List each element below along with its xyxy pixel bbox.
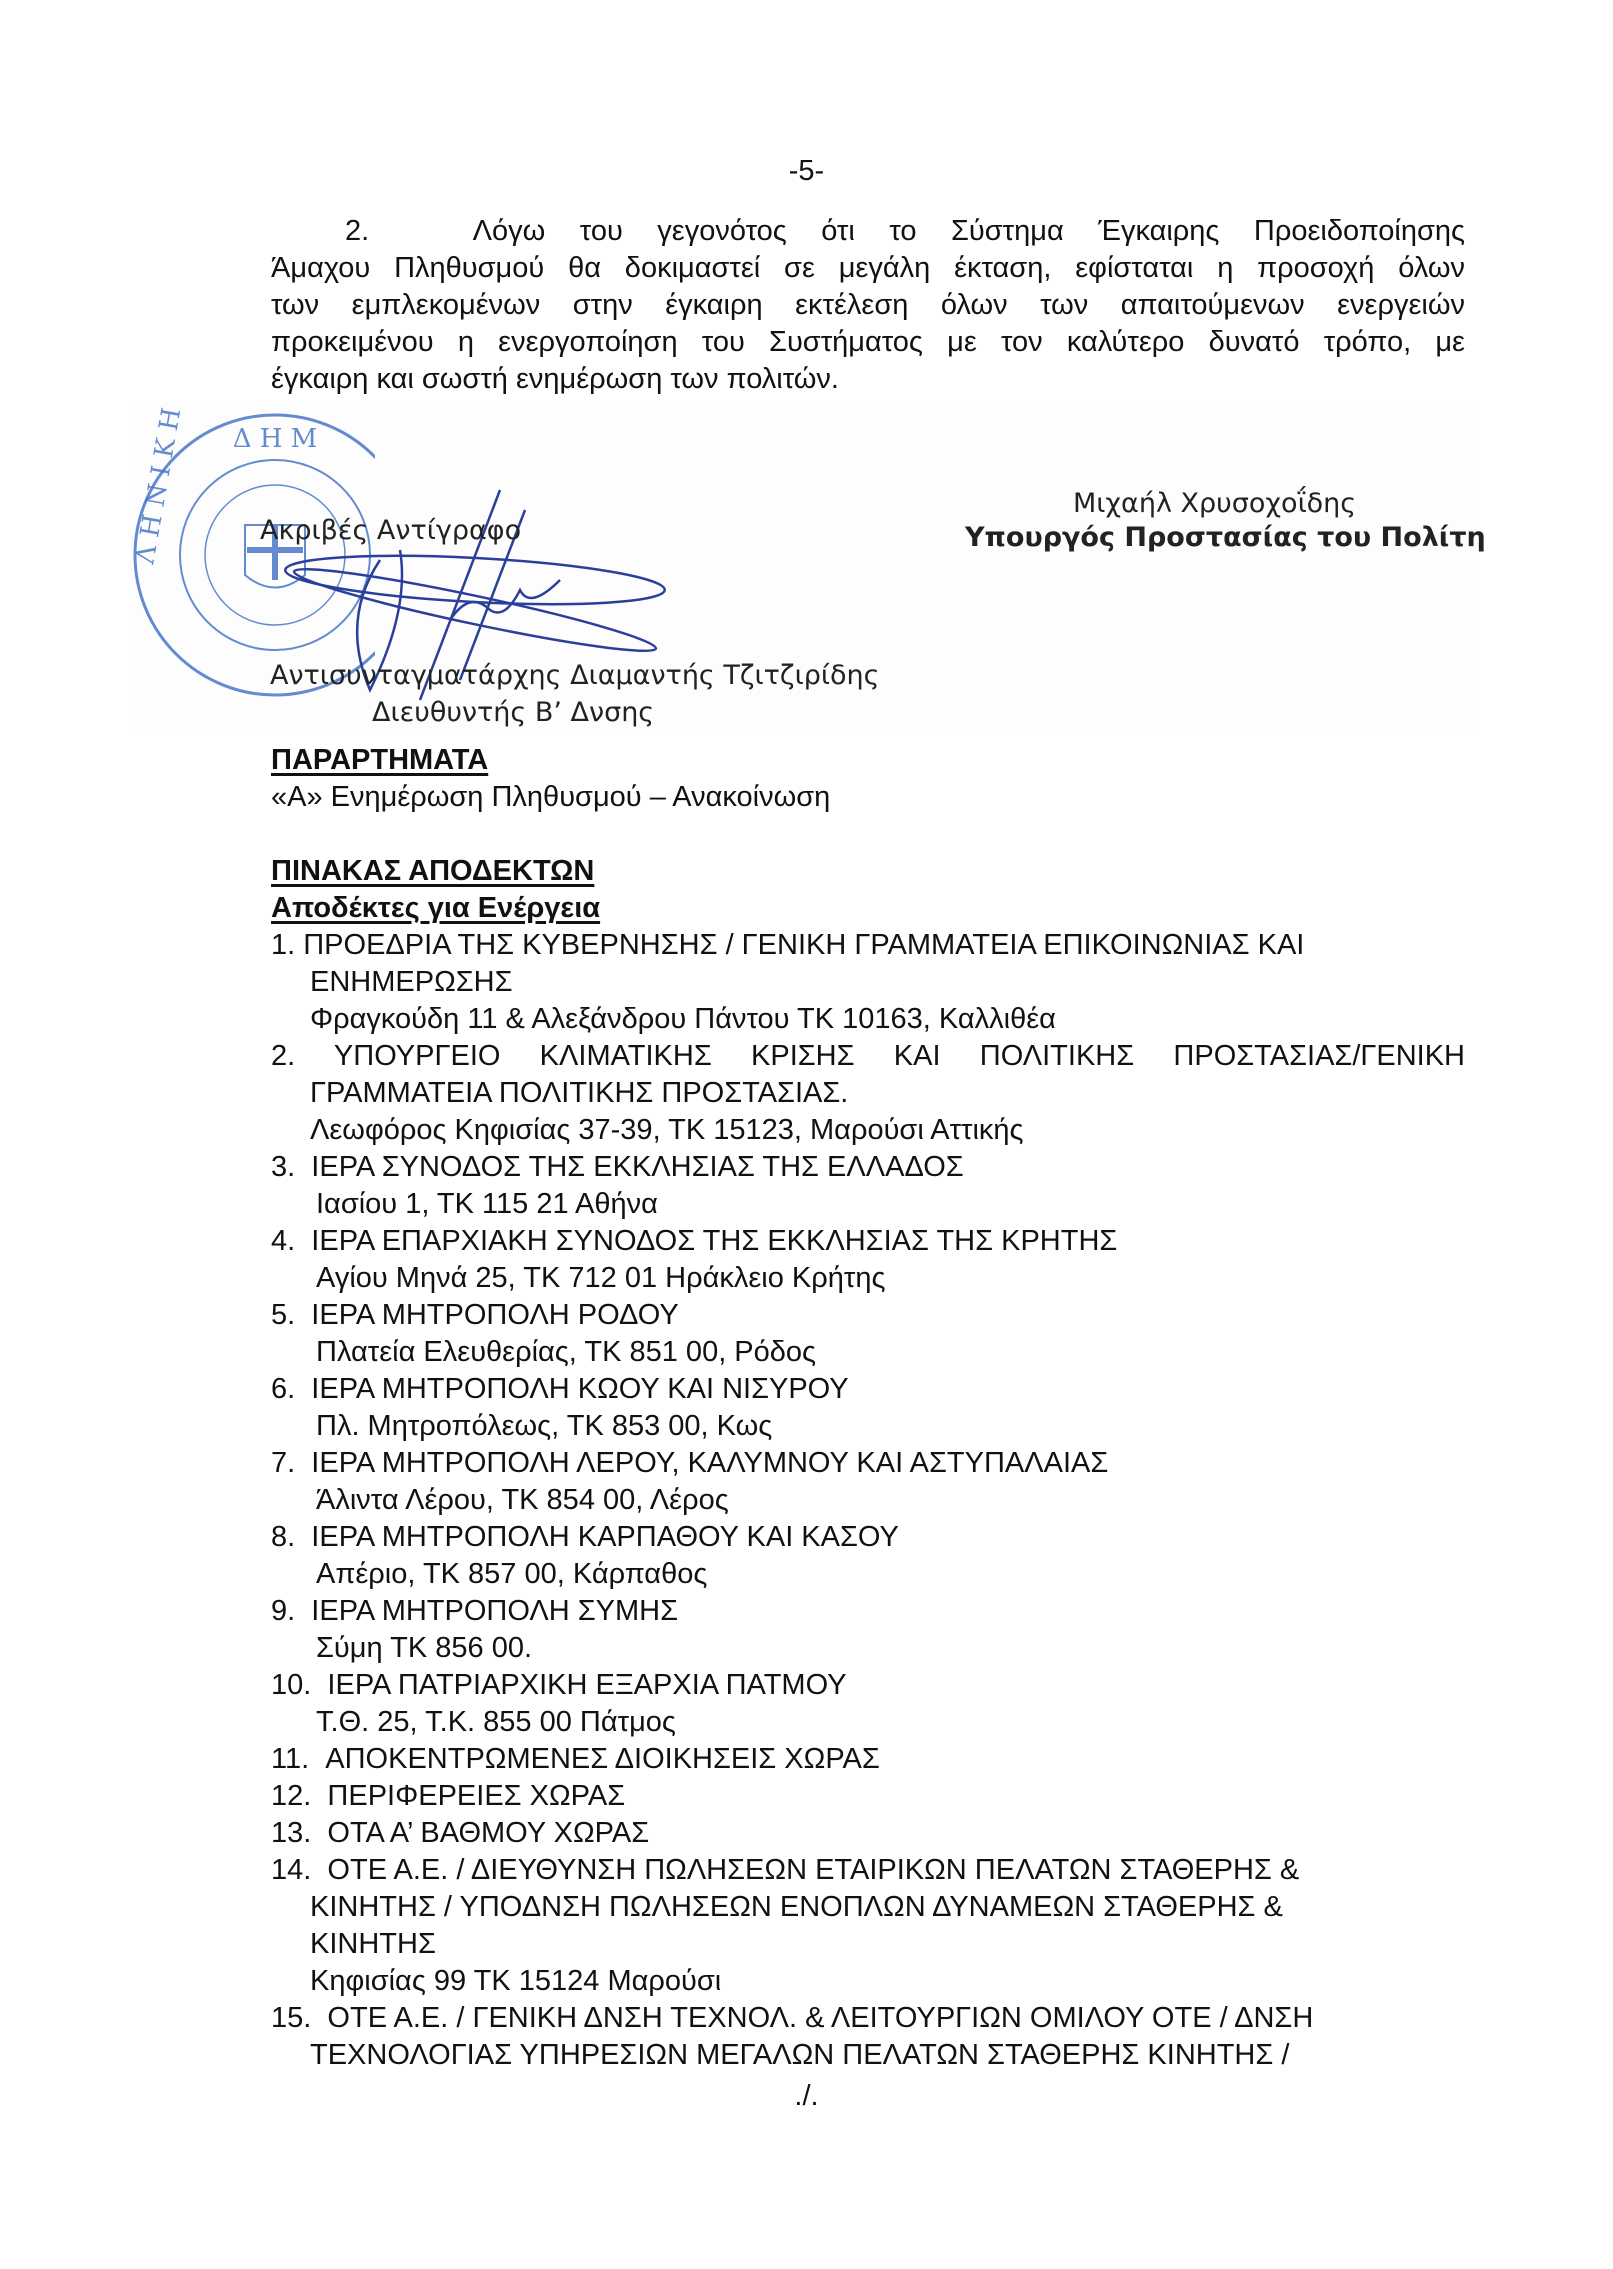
recipient-line: Φραγκούδη 11 & Αλεξάνδρου Πάντου ΤΚ 1016… [310,1001,1056,1038]
recipient-line: 8. ΙΕΡΑ ΜΗΤΡΟΠΟΛΗ ΚΑΡΠΑΘΟΥ ΚΑΙ ΚΑΣΟΥ [271,1519,899,1556]
paragraph-line: προκειμένου η ενεργοποίηση του Συστήματο… [271,324,1465,361]
paragraph-line: 2. Λόγω του γεγονότος ότι το Σύστημα Έγκ… [345,213,1465,250]
recipient-line: Πλατεία Ελευθερίας, ΤΚ 851 00, Ρόδος [316,1334,816,1371]
paragraph-line: Άμαχου Πληθυσμού θα δοκιμαστεί σε μεγάλη… [271,250,1465,287]
recipients-subheading: Αποδέκτες για Ενέργεια [271,890,600,927]
recipient-line: Σύμη ΤΚ 856 00. [316,1630,532,1667]
annex-item: «Α» Ενημέρωση Πληθυσμού – Ανακοίνωση [271,779,830,816]
svg-text:Λ Η Ν Ι Κ Η: Λ Η Ν Ι Κ Η [130,405,187,567]
recipient-line: 7. ΙΕΡΑ ΜΗΤΡΟΠΟΛΗ ΛΕΡΟΥ, ΚΑΛΥΜΝΟΥ ΚΑΙ ΑΣ… [271,1445,1108,1482]
recipient-line: ΓΡΑΜΜΑΤΕΙΑ ΠΟΛΙΤΙΚΗΣ ΠΡΟΣΤΑΣΙΑΣ. [310,1075,848,1112]
recipient-line: ΕΝΗΜΕΡΩΣΗΣ [310,964,513,1001]
recipient-line: 3. ΙΕΡΑ ΣΥΝΟΔΟΣ ΤΗΣ ΕΚΚΛΗΣΙΑΣ ΤΗΣ ΕΛΛΑΔΟ… [271,1149,964,1186]
recipient-line: Ιασίου 1, ΤΚ 115 21 Αθήνα [316,1186,658,1223]
recipient-line: Λεωφόρος Κηφισίας 37-39, ΤΚ 15123, Μαρού… [310,1112,1024,1149]
recipient-line: 10. ΙΕΡΑ ΠΑΤΡΙΑΡΧΙΚΗ ΕΞΑΡΧΙΑ ΠΑΤΜΟΥ [271,1667,847,1704]
recipient-line: 11. ΑΠΟΚΕΝΤΡΩΜΕΝΕΣ ΔΙΟΙΚΗΣΕΙΣ ΧΩΡΑΣ [271,1741,880,1778]
recipient-line: Άλιντα Λέρου, ΤΚ 854 00, Λέρος [316,1482,729,1519]
signatory-title: Διευθυντής Β’ Δνσης [372,697,654,728]
recipient-line: 15. ΟΤΕ Α.Ε. / ΓΕΝΙΚΗ ΔΝΣΗ ΤΕΧΝΟΛ. & ΛΕΙ… [271,2000,1313,2037]
recipient-line: 14. ΟΤΕ Α.Ε. / ΔΙΕΥΘΥΝΣΗ ΠΩΛΗΣΕΩΝ ΕΤΑΙΡΙ… [271,1852,1299,1889]
recipient-line: 4. ΙΕΡΑ ΕΠΑΡΧΙΑΚΗ ΣΥΝΟΔΟΣ ΤΗΣ ΕΚΚΛΗΣΙΑΣ … [271,1223,1117,1260]
recipient-line: 5. ΙΕΡΑ ΜΗΤΡΟΠΟΛΗ ΡΟΔΟΥ [271,1297,679,1334]
recipient-line: Τ.Θ. 25, Τ.Κ. 855 00 Πάτμος [316,1704,676,1741]
recipient-line: Κηφισίας 99 ΤΚ 15124 Μαρούσι [310,1963,721,2000]
recipient-line: Πλ. Μητροπόλεως, ΤΚ 853 00, Κως [316,1408,772,1445]
svg-text:Δ Η Μ: Δ Η Μ [233,424,318,454]
recipients-heading: ΠΙΝΑΚΑΣ ΑΠΟΔΕΚΤΩΝ [271,853,594,890]
minister-title: Υπουργός Προστασίας του Πολίτη [965,522,1486,553]
paragraph-line: έγκαιρη και σωστή ενημέρωση των πολιτών. [271,361,839,398]
paragraph-line: των εμπλεκομένων στην έγκαιρη εκτέλεση ό… [271,287,1465,324]
recipient-line: Αγίου Μηνά 25, ΤΚ 712 01 Ηράκλειο Κρήτης [316,1260,885,1297]
recipient-line: ΚΙΝΗΤΗΣ / ΥΠΟΔΝΣΗ ΠΩΛΗΣΕΩΝ ΕΝΟΠΛΩΝ ΔΥΝΑΜ… [310,1889,1283,1926]
recipient-line: ΚΙΝΗΤΗΣ [310,1926,436,1963]
recipient-line: 6. ΙΕΡΑ ΜΗΤΡΟΠΟΛΗ ΚΩΟΥ ΚΑΙ ΝΙΣΥΡΟΥ [271,1371,849,1408]
minister-name: Μιχαήλ Χρυσοχοΐδης [1073,488,1356,519]
continuation-mark: ./. [0,2080,1613,2113]
recipient-line: 12. ΠΕΡΙΦΕΡΕΙΕΣ ΧΩΡΑΣ [271,1778,625,1815]
annexes-heading: ΠΑΡΑΡΤΗΜΑΤΑ [271,742,488,779]
recipient-line: 13. ΟΤΑ Α’ ΒΑΘΜΟΥ ΧΩΡΑΣ [271,1815,649,1852]
recipient-line: ΤΕΧΝΟΛΟΓΙΑΣ ΥΠΗΡΕΣΙΩΝ ΜΕΓΑΛΩΝ ΠΕΛΑΤΩΝ ΣΤ… [310,2037,1289,2074]
signatory-name: Αντισυνταγματάρχης Διαμαντής Τζιτζιρίδης [270,660,880,691]
page-number: -5- [0,155,1613,188]
recipient-line: Απέριο, ΤΚ 857 00, Κάρπαθος [316,1556,707,1593]
recipient-line: 2. ΥΠΟΥΡΓΕΙΟ ΚΛΙΜΑΤΙΚΗΣ ΚΡΙΣΗΣ ΚΑΙ ΠΟΛΙΤ… [271,1038,1465,1075]
certified-copy-label: Ακριβές Αντίγραφο [260,515,521,546]
recipient-line: 1. ΠΡΟΕΔΡΙΑ ΤΗΣ ΚΥΒΕΡΝΗΣΗΣ / ΓΕΝΙΚΗ ΓΡΑΜ… [271,927,1304,964]
recipient-line: 9. ΙΕΡΑ ΜΗΤΡΟΠΟΛΗ ΣΥΜΗΣ [271,1593,678,1630]
